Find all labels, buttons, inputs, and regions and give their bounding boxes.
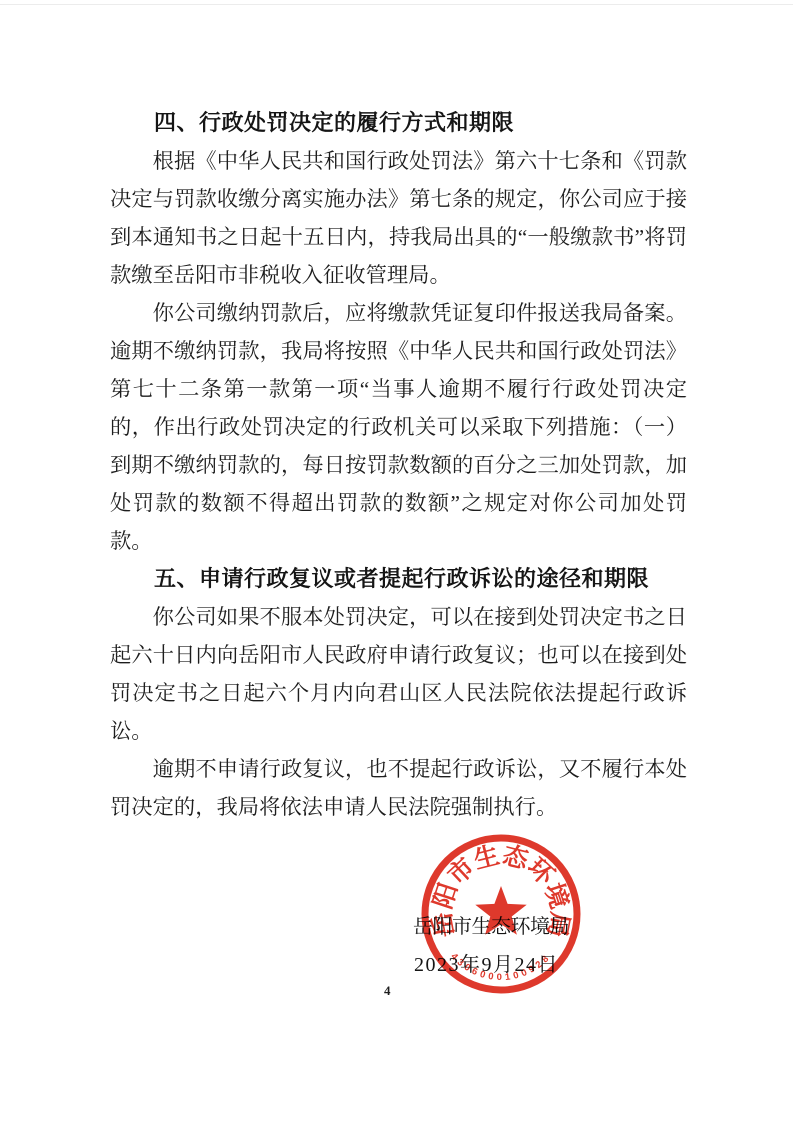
page-number: 4: [384, 983, 391, 999]
seal-star-icon: [475, 886, 526, 935]
section-4-paragraph-2: 你公司缴纳罚款后，应将缴款凭证复印件报送我局备案。逾期不缴纳罚款，我局将按照《中…: [110, 294, 687, 560]
section-5-paragraph-2: 逾期不申请行政复议，也不提起行政诉讼，又不履行本处罚决定的，我局将依法申请人民法…: [110, 750, 687, 826]
section-5-paragraph-1: 你公司如果不服本处罚决定，可以在接到处罚决定书之日起六十日内向岳阳市人民政府申请…: [110, 598, 687, 750]
section-4-paragraph-1: 根据《中华人民共和国行政处罚法》第六十七条和《罚款决定与罚款收缴分离实施办法》第…: [110, 142, 687, 294]
official-seal-stamp: 岳阳市生态环境局 4306000100928: [416, 829, 586, 999]
document-page: 四、行政处罚决定的履行方式和期限 根据《中华人民共和国行政处罚法》第六十七条和《…: [0, 0, 793, 1122]
section-5-heading: 五、申请行政复议或者提起行政诉讼的途径和期限: [110, 560, 687, 598]
scan-edge-line: [0, 4, 793, 5]
section-4-heading: 四、行政处罚决定的履行方式和期限: [110, 104, 687, 142]
document-body: 四、行政处罚决定的履行方式和期限 根据《中华人民共和国行政处罚法》第六十七条和《…: [110, 104, 687, 826]
